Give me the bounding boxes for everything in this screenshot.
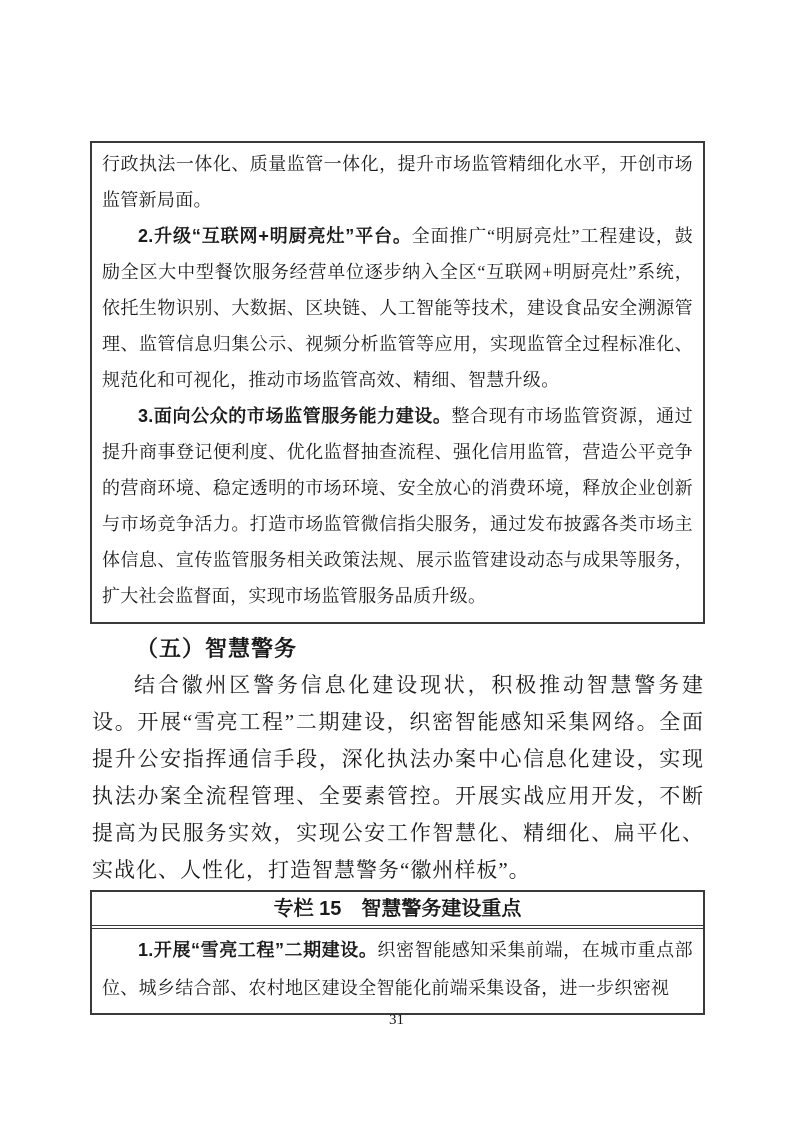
box-paragraph-item-1: 1.开展“雪亮工程”二期建设。织密智能感知采集前端，在城市重点部位、城乡结合部、… bbox=[102, 931, 693, 1007]
page-number: 31 bbox=[0, 1010, 793, 1030]
body-paragraph-smart-policing: 结合徽州区警务信息化建设现状，积极推动智慧警务建设。开展“雪亮工程”二期建设，织… bbox=[92, 667, 704, 889]
callout-box-15-smart-policing: 专栏 15 智慧警务建设重点 1.开展“雪亮工程”二期建设。织密智能感知采集前端… bbox=[90, 890, 705, 1015]
paragraph-text: 整合现有市场监管资源，通过提升商事登记便利度、优化监督抽查流程、强化信用监管，营… bbox=[102, 406, 693, 606]
section-heading-smart-policing: （五）智慧警务 bbox=[92, 634, 748, 664]
paragraph-lead-bold: 3.面向公众的市场监管服务能力建设。 bbox=[138, 406, 452, 426]
callout-box-market-regulation: 行政执法一体化、质量监管一体化，提升市场监管精细化水平，开创市场监管新局面。 2… bbox=[90, 141, 705, 624]
paragraph-lead-bold: 1.开展“雪亮工程”二期建设。 bbox=[138, 940, 377, 960]
box-paragraph-item-3: 3.面向公众的市场监管服务能力建设。整合现有市场监管资源，通过提升商事登记便利度… bbox=[102, 398, 693, 614]
callout-box-title: 专栏 15 智慧警务建设重点 bbox=[92, 892, 703, 925]
paragraph-text: 全面推广“明厨亮灶”工程建设，鼓励全区大中型餐饮服务经营单位逐步纳入全区“互联网… bbox=[102, 226, 693, 390]
callout-box-body: 1.开展“雪亮工程”二期建设。织密智能感知采集前端，在城市重点部位、城乡结合部、… bbox=[92, 929, 703, 1013]
paragraph-text: 行政执法一体化、质量监管一体化，提升市场监管精细化水平，开创市场监管新局面。 bbox=[102, 154, 693, 210]
paragraph-lead-bold: 2.升级“互联网+明厨亮灶”平台。 bbox=[138, 226, 412, 246]
box-paragraph-item-2: 2.升级“互联网+明厨亮灶”平台。全面推广“明厨亮灶”工程建设，鼓励全区大中型餐… bbox=[102, 218, 693, 398]
box-paragraph-continuation: 行政执法一体化、质量监管一体化，提升市场监管精细化水平，开创市场监管新局面。 bbox=[102, 146, 693, 218]
document-page: 行政执法一体化、质量监管一体化，提升市场监管精细化水平，开创市场监管新局面。 2… bbox=[0, 0, 793, 1122]
